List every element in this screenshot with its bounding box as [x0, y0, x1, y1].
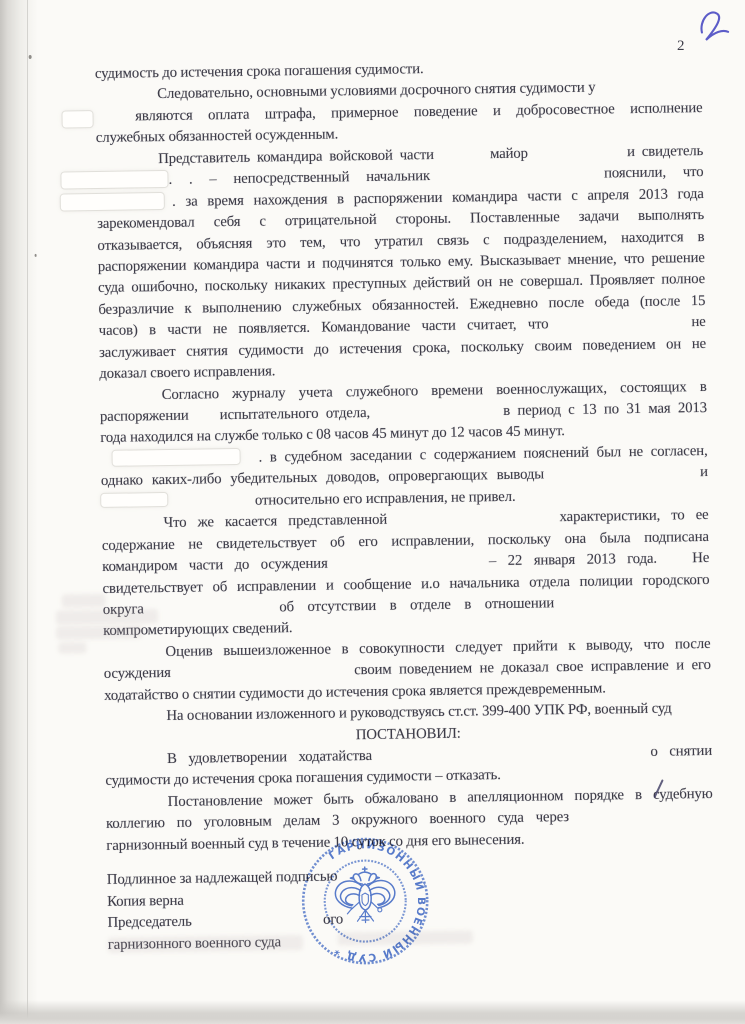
text-run: ПОСТАНОВИЛ: — [356, 725, 461, 743]
text-run: однако каких-либо убедительных доводов, … — [101, 467, 544, 490]
text-run: Что же касается представленной — [163, 512, 387, 531]
text-run: года находился на службе только с 08 час… — [100, 424, 565, 447]
redaction-gap — [179, 673, 347, 677]
text-run: своим поведением не доказал свое исправл… — [354, 657, 711, 678]
text-run: Председатель — [107, 914, 191, 931]
text-run: о снятии — [650, 743, 712, 760]
text-run: На основании изложенного и руководствуяс… — [166, 701, 671, 724]
redaction-gap — [96, 119, 120, 121]
text-run: характеристики, то ее — [559, 507, 708, 525]
whiteout-redaction-blob — [61, 171, 167, 189]
text-run: пояснили, что — [604, 164, 704, 181]
text-run: и — [700, 464, 708, 480]
document-text-block: судимость до истечения срока погашения с… — [95, 55, 715, 956]
redaction-gap — [398, 520, 548, 524]
redaction-gap — [441, 156, 483, 159]
text-run: и свидетель — [627, 143, 703, 160]
text-run: Следовательно, основными условиями досро… — [157, 80, 595, 102]
handwritten-digit-2-stroke — [699, 11, 728, 41]
redaction-gap — [158, 609, 266, 613]
text-run: об отсутствии в отделе в отношении — [279, 595, 554, 615]
scan-smudge — [56, 609, 158, 625]
redaction-gap — [378, 413, 496, 417]
scan-speck — [29, 55, 32, 59]
scanned-document-page: судимость до истечения срока погашения с… — [0, 0, 745, 1024]
handwritten-page-number — [689, 1, 734, 48]
court-seal-svg: ГАРНИЗОННЫЙ ВОЕННЫЙ СУД * — [300, 836, 430, 966]
text-run: майор — [490, 145, 528, 162]
text-run: доказал своего исправления. — [99, 363, 275, 382]
text-run: коллегию по уголовным делам 3 окружного … — [106, 809, 569, 832]
scan-smudge — [56, 625, 142, 639]
scan-smudge — [62, 594, 106, 608]
redaction-gap — [560, 325, 680, 329]
redaction-gap — [196, 417, 212, 419]
redaction-gap — [447, 176, 587, 180]
text-run: распоряжении — [100, 408, 189, 425]
court-seal-stamp: ГАРНИЗОННЫЙ ВОЕННЫЙ СУД * — [300, 836, 430, 966]
redaction-gap — [568, 603, 710, 607]
text-run: относительно его исправления, не привел. — [255, 489, 516, 509]
redaction-gap — [535, 154, 620, 157]
text-run: судимости до истечения срока погашения с… — [105, 767, 501, 789]
text-run: в период с 13 по 31 мая 2013 — [503, 400, 707, 419]
text-run: не — [691, 314, 705, 330]
document-content: судимость до истечения срока погашения с… — [0, 0, 745, 1024]
whiteout-redaction-blob — [101, 493, 167, 507]
redaction-gap — [553, 475, 691, 479]
text-run: осуждения — [104, 665, 171, 682]
text-run: часов) в части не появляется. Командован… — [99, 317, 549, 340]
text-run: испытательного отдела, — [220, 405, 370, 423]
double-headed-eagle-icon — [335, 867, 395, 923]
page-number: 2 — [677, 38, 685, 55]
scan-speck — [35, 254, 37, 257]
text-run: судимость до истечения срока погашения с… — [95, 61, 424, 82]
whiteout-redaction-blob — [62, 111, 92, 127]
seal-outer-microtext-ring — [302, 838, 428, 964]
text-run: Копия верна — [107, 892, 184, 909]
text-run: . в судебном заседании с содержанием поя… — [258, 443, 707, 466]
redaction-gap — [669, 560, 681, 562]
text-run: – 22 января 2013 года. — [489, 551, 657, 569]
redaction-gap — [384, 754, 639, 760]
text-run: служебных обязанностей осужденным. — [96, 127, 338, 147]
page-bottom-edge-shadow — [0, 1000, 745, 1024]
text-run: Представитель командира войсковой части — [158, 147, 434, 167]
text-run: Не — [692, 550, 709, 566]
scan-artifacts-layer — [0, 0, 744, 1]
text-run: В удовлетворении ходатайства — [167, 748, 372, 767]
scan-smudge — [108, 935, 303, 953]
redaction-gap — [339, 563, 477, 567]
whiteout-redaction-blob — [113, 449, 240, 466]
text-run: . . – непосредственный начальник — [168, 168, 430, 188]
redaction-gap — [581, 817, 713, 821]
text-run: командиром части до осуждения — [102, 556, 328, 575]
whiteout-redaction-blob — [61, 193, 164, 211]
scan-smudge — [58, 642, 86, 653]
